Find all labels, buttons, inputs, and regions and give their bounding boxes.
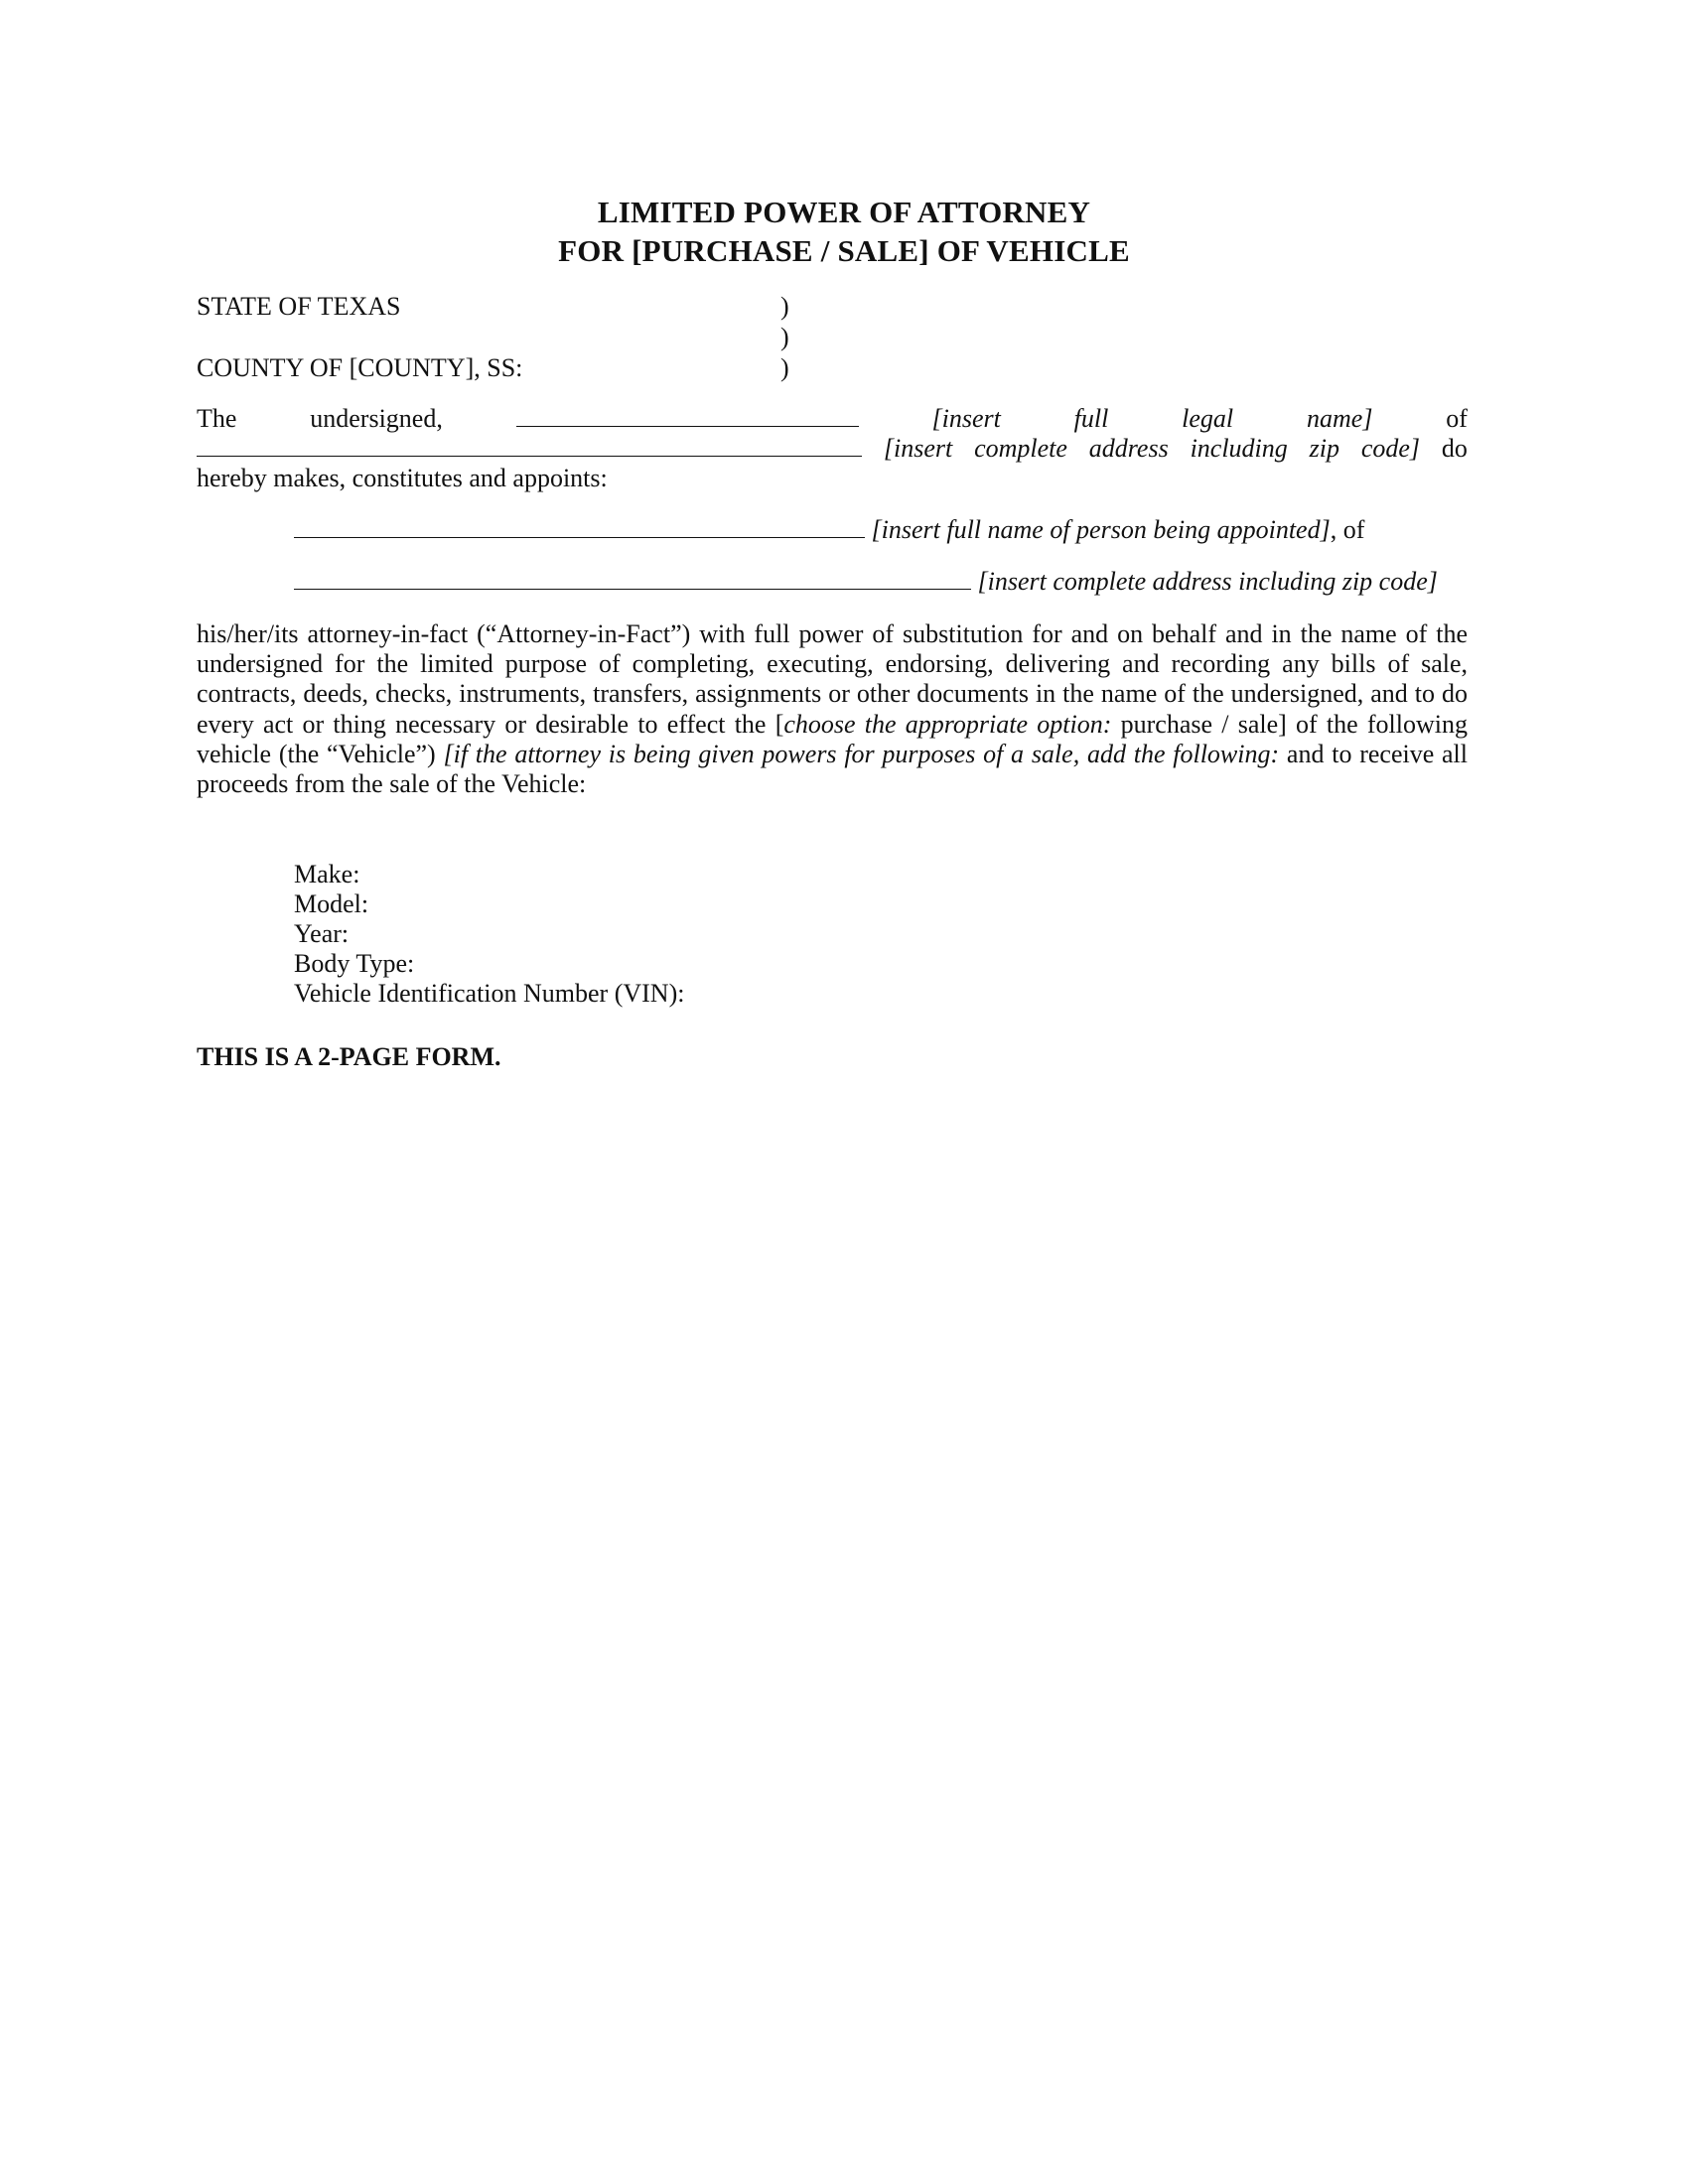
grantor-line-2: [insert complete address including zip c…	[197, 434, 1468, 464]
grantor-line-1: The undersigned, [insert full legal name…	[197, 404, 1468, 434]
attorney-address-blank[interactable]	[294, 567, 971, 590]
grantor-line-3: hereby makes, constitutes and appoints:	[197, 464, 608, 493]
grantor-address-hint-3: address	[1089, 434, 1169, 464]
venue-state: STATE OF TEXAS	[197, 292, 400, 322]
vehicle-field-make: Make:	[294, 860, 684, 889]
word-do: do	[1442, 434, 1468, 464]
attorney-address-line: [insert complete address including zip c…	[294, 567, 1438, 597]
attorney-name-hint: [insert full name of person being appoin…	[872, 515, 1331, 544]
attorney-address-hint: [insert complete address including zip c…	[978, 567, 1438, 596]
grantor-address-hint-5: zip	[1310, 434, 1339, 464]
vehicle-field-vin: Vehicle Identification Number (VIN):	[294, 979, 684, 1009]
document-title-line-2: FOR [PURCHASE / SALE] OF VEHICLE	[0, 231, 1688, 271]
venue-paren-3: )	[780, 353, 789, 383]
grantor-name-blank[interactable]	[516, 404, 859, 427]
vehicle-fields: Make: Model: Year: Body Type: Vehicle Id…	[294, 860, 684, 1009]
powers-paragraph: his/her/its attorney-in-fact (“Attorney-…	[197, 619, 1468, 799]
document-page: LIMITED POWER OF ATTORNEY FOR [PURCHASE …	[0, 0, 1688, 2184]
powers-italic-1: choose the appropriate option:	[783, 710, 1111, 739]
grantor-address-hint-6: code]	[1361, 434, 1420, 464]
attorney-name-line: [insert full name of person being appoin…	[294, 515, 1364, 545]
powers-italic-2: [if the attorney is being given powers f…	[443, 740, 1279, 768]
grantor-address-hint-1: [insert	[884, 434, 952, 464]
attorney-name-suffix: , of	[1331, 515, 1365, 544]
venue-paren-1: )	[780, 292, 789, 322]
document-title-line-1: LIMITED POWER OF ATTORNEY	[0, 193, 1688, 232]
vehicle-field-body-type: Body Type:	[294, 949, 684, 979]
grantor-name-hint-1: [insert	[932, 404, 1001, 434]
word-the: The	[197, 404, 236, 434]
two-page-notice: THIS IS A 2-PAGE FORM.	[197, 1042, 501, 1072]
grantor-name-hint-4: name]	[1307, 404, 1372, 434]
venue-county: COUNTY OF [COUNTY], SS:	[197, 353, 522, 383]
vehicle-field-model: Model:	[294, 889, 684, 919]
grantor-address-hint-2: complete	[974, 434, 1067, 464]
grantor-address-hint-4: including	[1191, 434, 1288, 464]
grantor-name-hint-2: full	[1074, 404, 1109, 434]
attorney-name-blank[interactable]	[294, 515, 865, 538]
grantor-name-hint-3: legal	[1182, 404, 1233, 434]
word-undersigned: undersigned,	[310, 404, 443, 434]
vehicle-field-year: Year:	[294, 919, 684, 949]
grantor-address-blank[interactable]	[197, 434, 862, 457]
word-of: of	[1446, 404, 1468, 434]
venue-paren-2: )	[780, 323, 789, 352]
